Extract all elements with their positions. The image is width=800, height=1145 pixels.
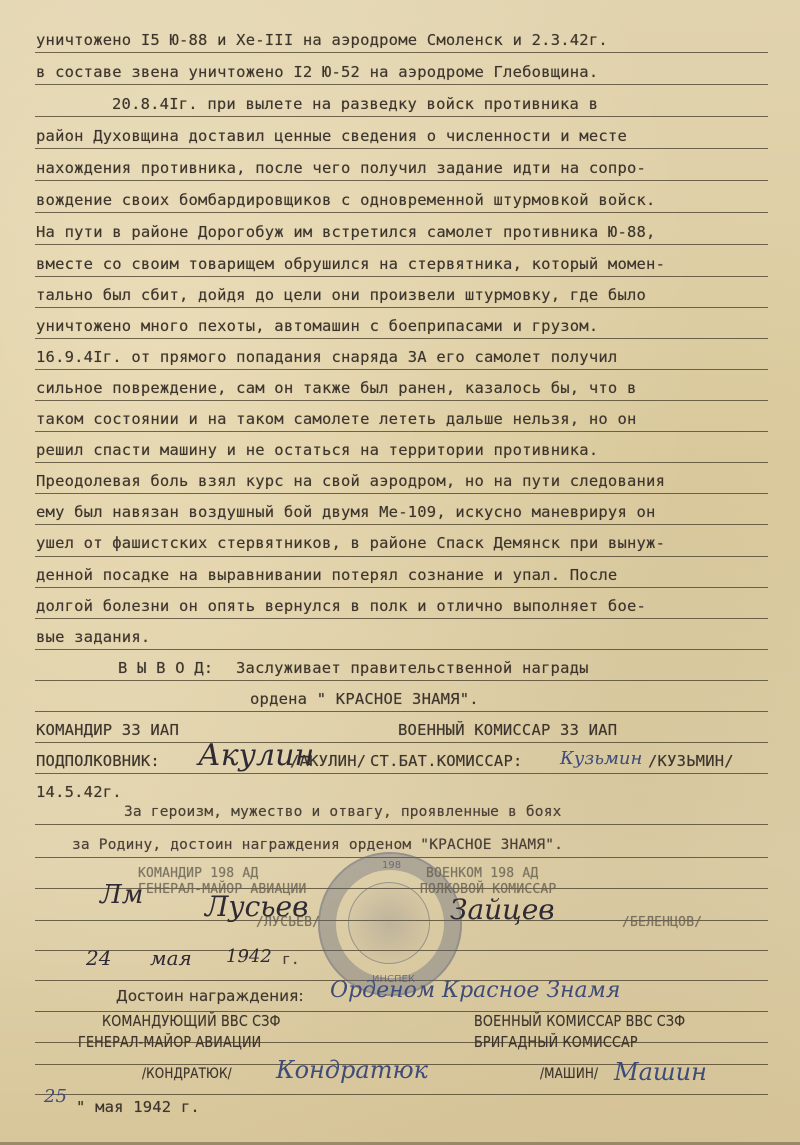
regiment-commissar-name: /КУЗЬМИН/ — [648, 752, 734, 770]
narrative-line: 20.8.4Iг. при вылете на разведку войск п… — [112, 95, 598, 113]
document-page: уничтожено I5 Ю-88 и Хе-III на аэродроме… — [0, 0, 800, 1145]
regiment-commander-title: КОМАНДИР 33 ИАП — [36, 721, 179, 739]
narrative-line: нахождения противника, после чего получи… — [36, 159, 646, 177]
division-commissar-name: /БЕЛЕНЦОВ/ — [622, 915, 702, 930]
division-date-day: 24 — [86, 946, 111, 970]
front-commander-signature: Кондратюк — [276, 1056, 428, 1084]
division-resolution-line: за Родину, достоин награждения орденом "… — [72, 837, 563, 853]
stamp-text-top: 198 — [382, 860, 401, 871]
front-date: " мая 1942 г. — [76, 1098, 200, 1116]
regiment-commander-name: /АКУЛИН/ — [290, 752, 366, 770]
narrative-line: вместе со своим товарищем обрушился на с… — [36, 255, 665, 273]
front-date-day: 25 — [44, 1086, 67, 1107]
front-award-handwritten: Орденом Красное Знамя — [330, 978, 620, 1003]
initials-mark: Лм — [100, 880, 143, 910]
narrative-line: уничтожено I5 Ю-88 и Хе-III на аэродроме… — [36, 31, 608, 49]
division-date-month: мая — [150, 946, 192, 970]
regiment-commander-rank: ПОДПОЛКОВНИК: — [36, 752, 160, 770]
conclusion-text: Заслуживает правительственной награды — [236, 659, 589, 677]
narrative-line: решил спасти машину и не остаться на тер… — [36, 441, 598, 459]
narrative-line: таком состоянии и на таком самолете лете… — [36, 410, 637, 428]
narrative-line: сильное повреждение, сам он также был ра… — [36, 379, 637, 397]
narrative-line: вые задания. — [36, 628, 150, 646]
front-commander-name: /КОНДРАТЮК/ — [142, 1066, 232, 1082]
narrative-line: ему был навязан воздушный бой двумя Ме-1… — [36, 503, 656, 521]
conclusion-label: В Ы В О Д: — [118, 659, 213, 677]
narrative-line: денной посадке на выравнивании потерял с… — [36, 566, 617, 584]
division-commander-title: КОМАНДИР 198 АД — [138, 866, 258, 881]
stamp-emblem-icon — [348, 882, 430, 964]
narrative-line: 16.9.4Iг. от прямого попадания снаряда З… — [36, 348, 617, 366]
front-commissar-name: /МАШИН/ — [540, 1066, 598, 1082]
front-commissar-rank: БРИГАДНЫЙ КОМИССАР — [474, 1033, 638, 1051]
regiment-commissar-rank: СТ.БАТ.КОМИССАР: — [370, 752, 523, 770]
narrative-line: Преодолевая боль взял курс на свой аэрод… — [36, 472, 665, 490]
narrative-line: тально был сбит, дойдя до цели они произ… — [36, 286, 646, 304]
narrative-line: ушел от фашистских стервятников, в район… — [36, 534, 665, 552]
conclusion-award: ордена " КРАСНОЕ ЗНАМЯ". — [250, 690, 479, 708]
front-commissar-signature: Машин — [614, 1058, 707, 1086]
regiment-commissar-title: ВОЕННЫЙ КОМИССАР 33 ИАП — [398, 721, 617, 739]
division-date-suffix: г. — [282, 952, 300, 968]
front-commander-title: КОМАНДУЮЩИЙ ВВС СЗФ — [102, 1012, 281, 1030]
division-commander-signature: Лусьев — [205, 890, 308, 923]
narrative-line: На пути в районе Дорогобуж им встретился… — [36, 223, 656, 241]
regiment-date: 14.5.42г. — [36, 783, 122, 801]
regiment-commissar-signature: Кузьмин — [560, 748, 642, 769]
front-award-label: Достоин награждения: — [116, 987, 304, 1005]
narrative-line: район Духовщина доставил ценные сведения… — [36, 127, 627, 145]
front-commander-rank: ГЕНЕРАЛ-МАЙОР АВИАЦИИ — [78, 1033, 261, 1051]
narrative-line: долгой болезни он опять вернулся в полк … — [36, 597, 646, 615]
division-date-year: 1942 — [226, 946, 272, 967]
narrative-line: уничтожено много пехоты, автомашин с бое… — [36, 317, 598, 335]
narrative-line: в составе звена уничтожено I2 Ю-52 на аэ… — [36, 63, 598, 81]
division-commissar-title: ВОЕНКОМ 198 АД — [426, 866, 538, 881]
division-commissar-signature: Зайцев — [450, 893, 555, 926]
front-commissar-title: ВОЕННЫЙ КОМИССАР ВВС СЗФ — [474, 1012, 685, 1030]
division-resolution-line: За героизм, мужество и отвагу, проявленн… — [124, 804, 562, 820]
narrative-line: вождение своих бомбардировщиков с одновр… — [36, 191, 656, 209]
